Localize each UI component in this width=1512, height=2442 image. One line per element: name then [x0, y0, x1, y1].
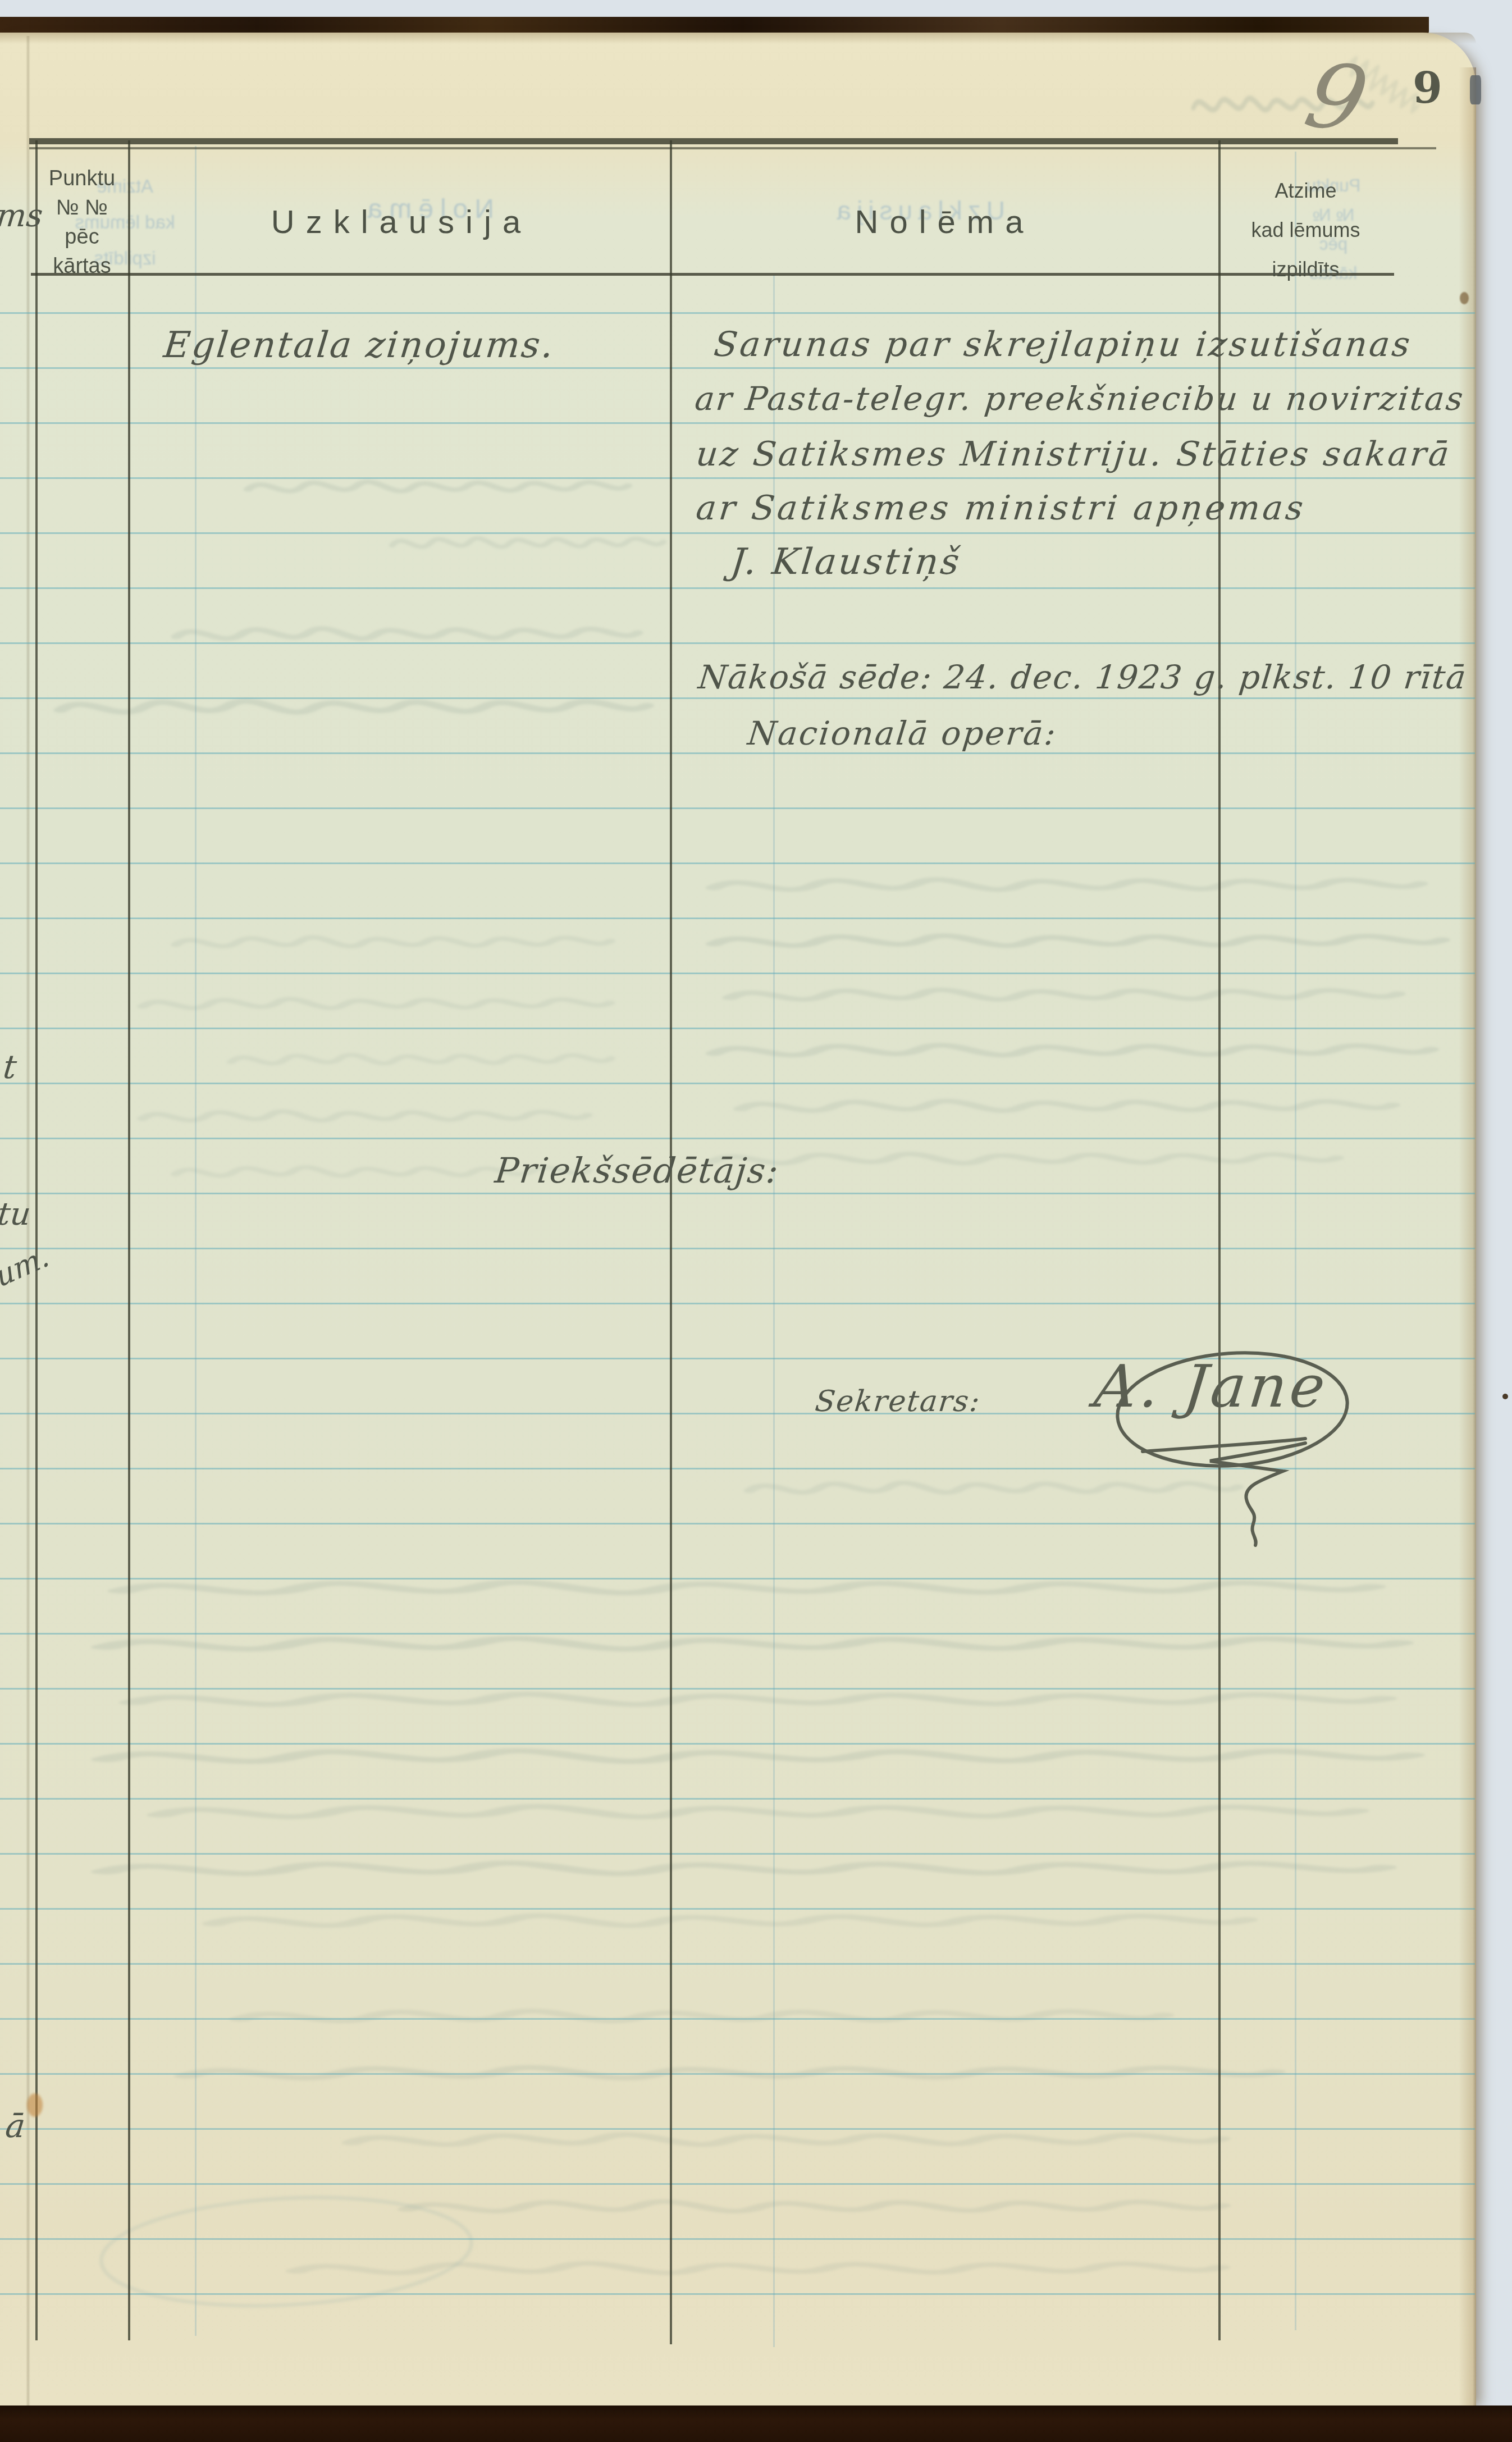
entry-next-meeting-line: Nacionalā operā:	[746, 714, 1059, 752]
secretary-label: Sekretars:	[814, 1385, 983, 1418]
page-scan: Nolēma Uzklausija Atzime kad lēmums izpi…	[0, 0, 1512, 2442]
margin-fragment: ms	[0, 198, 44, 234]
header-line: Punktu	[35, 164, 129, 193]
table-top-rule-thin	[29, 147, 1436, 149]
entry-nolema-line: uz Satiksmes Ministriju. Stāties sakarā	[694, 435, 1453, 474]
ruled-lines	[0, 312, 1475, 2340]
page-number-printed: 9	[1413, 63, 1442, 113]
margin-fragment: ā	[3, 2107, 27, 2145]
signature-flourish	[1089, 1336, 1370, 1572]
entry-next-meeting-line: Nākošā sēde: 24. dec. 1923 g. plkst. 10 …	[696, 658, 1469, 696]
column-rule-punktu	[128, 140, 130, 2340]
rust-stain	[27, 2093, 43, 2117]
column-rule-left	[35, 140, 38, 2340]
column-header-atzime: Atzime kad lēmums izpildīts	[1223, 171, 1388, 289]
table-top-rule-heavy	[29, 138, 1398, 144]
header-line: № №	[35, 193, 129, 222]
column-header-uzklausija: Uzklausija	[135, 203, 668, 241]
entry-nolema-line: ar Pasta-telegr. preekšniecibu u novirzi…	[693, 380, 1466, 418]
binding-mark	[1470, 75, 1481, 104]
column-header-punktu: Punktu № № pēc kārtas	[35, 164, 129, 281]
header-line: kārtas	[35, 252, 129, 281]
column-header-nolema: Nolēma	[674, 203, 1216, 241]
speck	[1502, 1394, 1508, 1399]
entry-nolema-line: J. Klaustiņš	[729, 541, 963, 583]
header-bottom-rule	[31, 273, 1394, 276]
paper-top-fold-shadow	[0, 33, 1476, 44]
entry-uzklausija: Eglentala ziņojums.	[162, 325, 557, 366]
entry-nolema-line: ar Satiksmes ministri apņemas	[694, 489, 1308, 528]
margin-fragment: tu	[0, 1196, 33, 1233]
header-line: Atzime	[1223, 171, 1388, 211]
entry-nolema-line: Sarunas par skrejlapiņu izsutišanas	[712, 325, 1414, 364]
speck	[1460, 292, 1469, 304]
chairman-label: Priekšsēdētājs:	[493, 1150, 782, 1191]
header-line: pēc	[35, 222, 129, 252]
bottom-binding-edge	[0, 2406, 1512, 2442]
header-line: izpildīts	[1223, 250, 1388, 289]
column-rule-center	[670, 140, 672, 2344]
header-line: kad lēmums	[1223, 211, 1388, 250]
